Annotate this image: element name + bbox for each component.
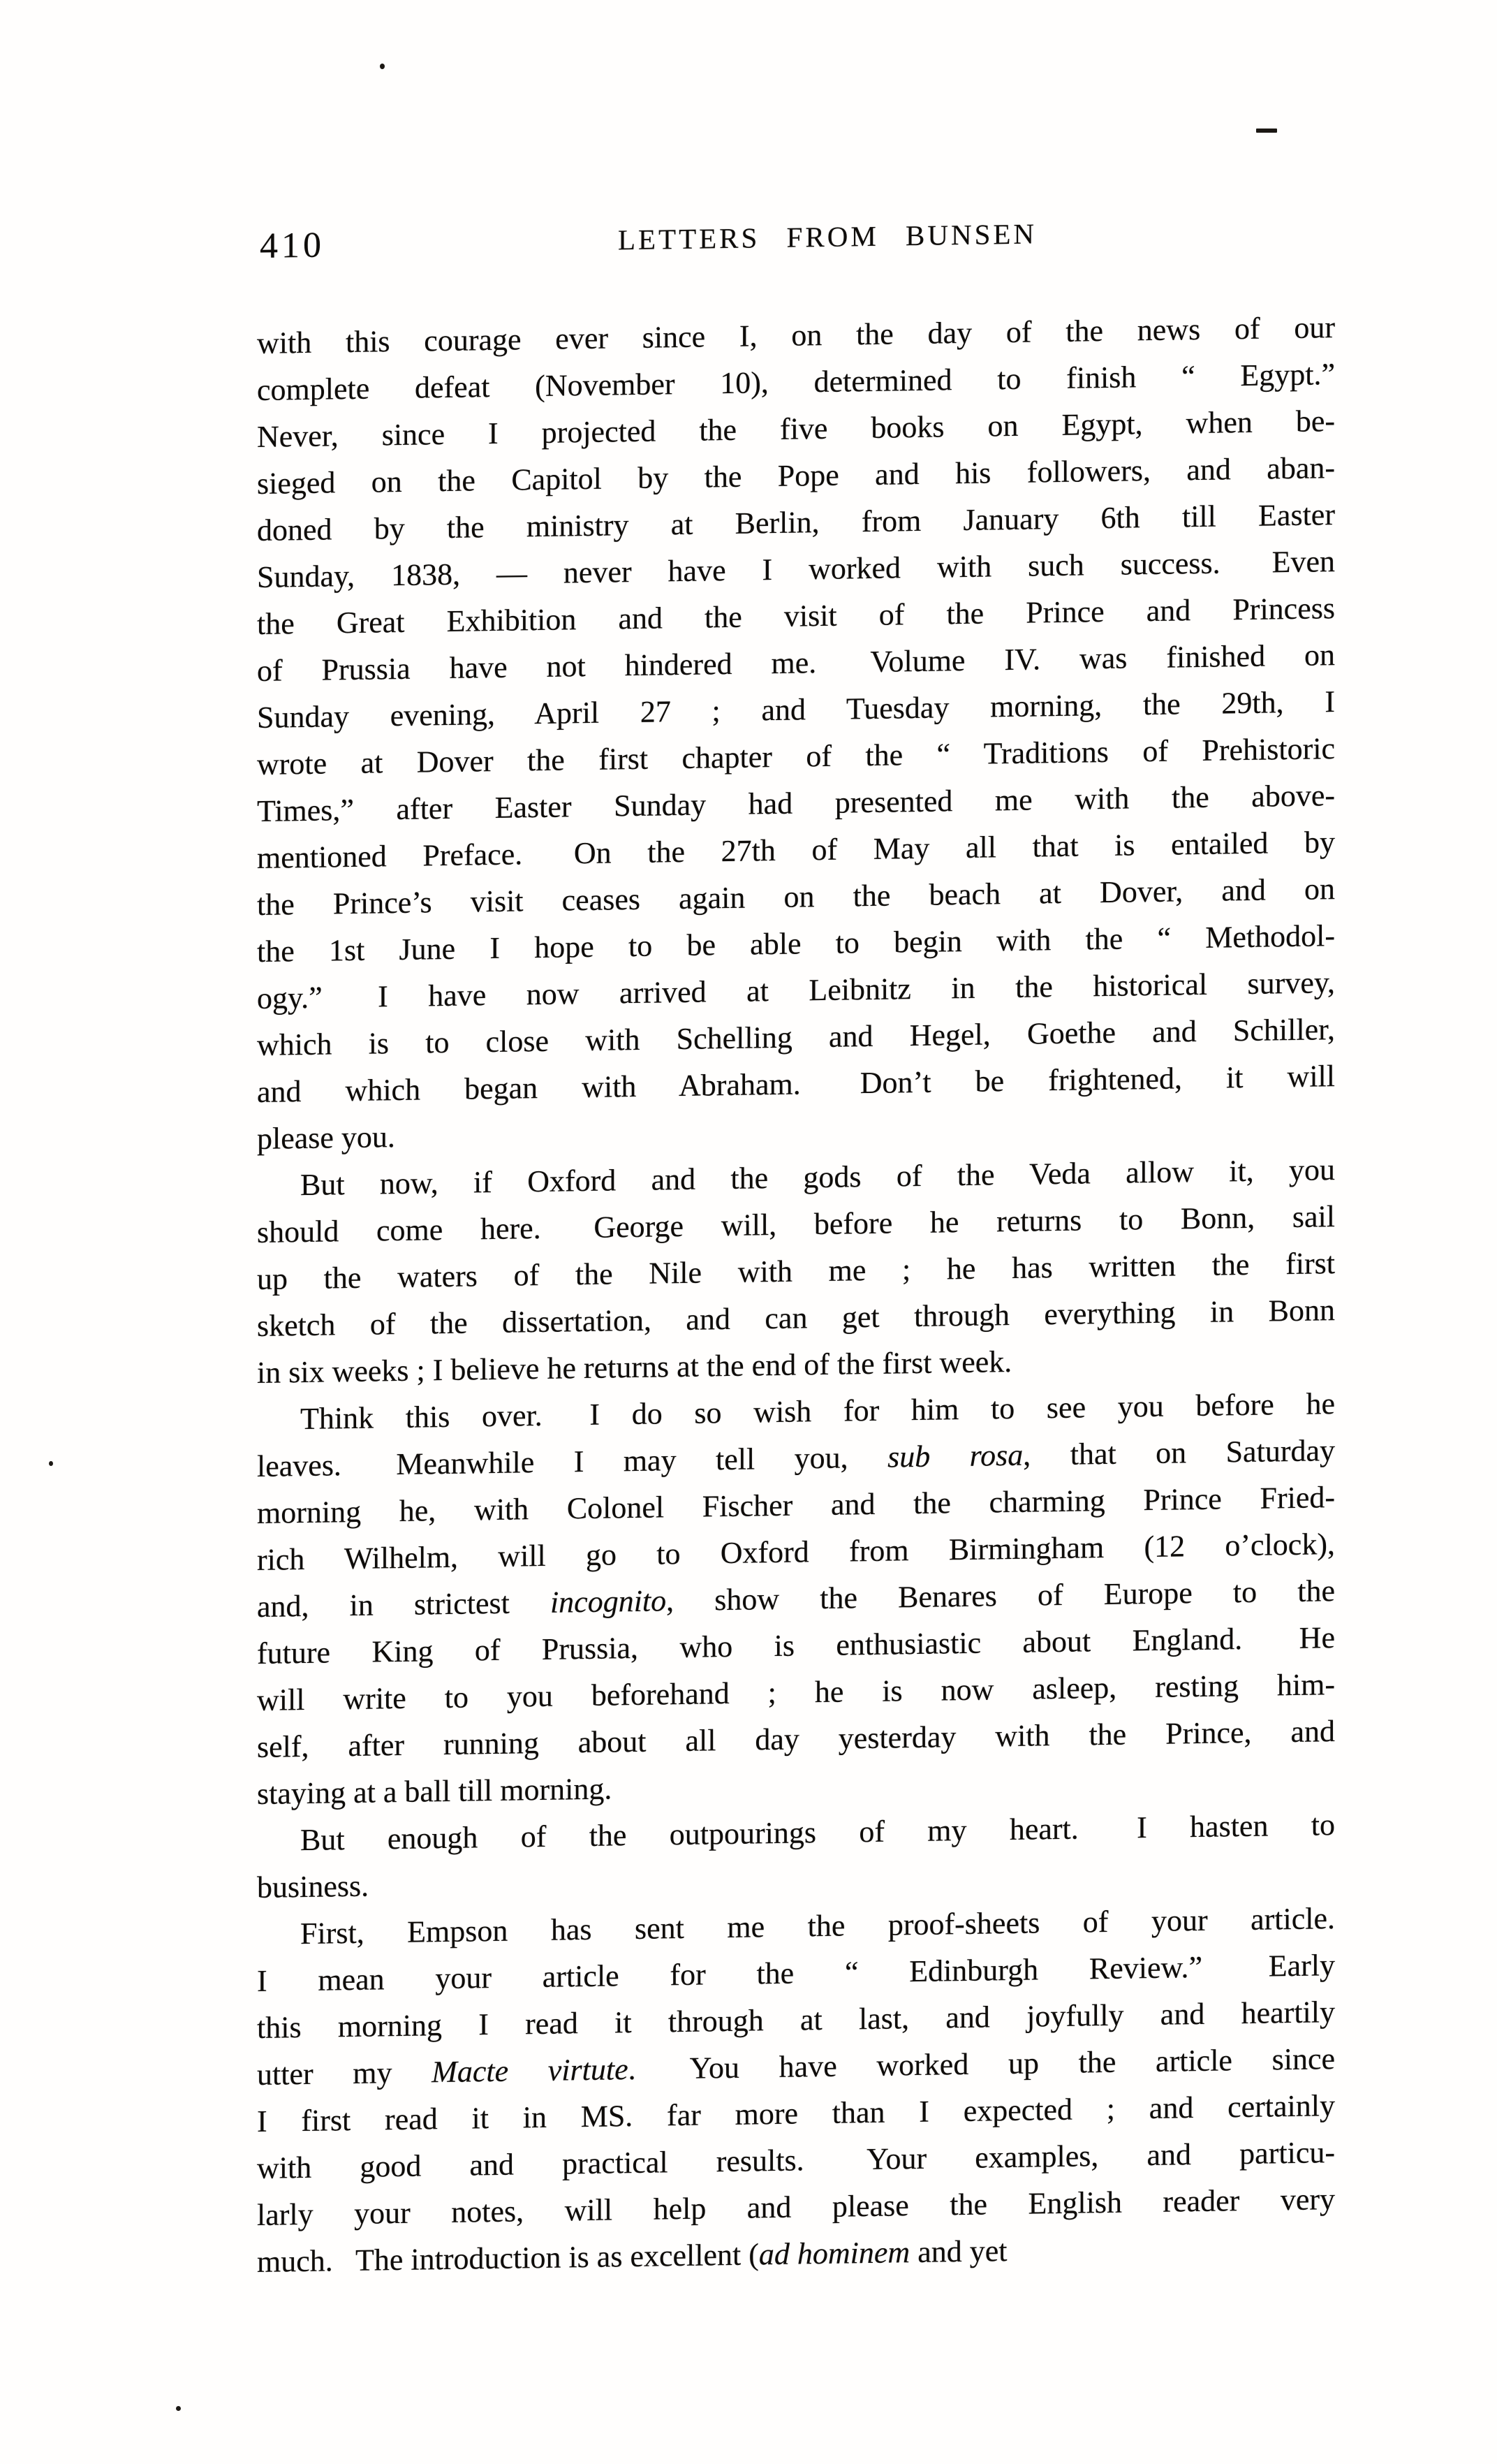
paragraph: But now, if Oxford and the gods of the V… — [257, 1146, 1335, 1396]
page-number: 410 — [260, 226, 325, 267]
paragraph: But enough of the outpourings of my hear… — [257, 1801, 1335, 1911]
paragraph: with this courage ever since I, on the d… — [257, 304, 1335, 1162]
book-page: 410 LETTERS FROM BUNSEN with this courag… — [0, 0, 1497, 2464]
page-header: 410 LETTERS FROM BUNSEN — [257, 209, 1335, 268]
scan-speck — [1256, 129, 1277, 133]
page-body: with this courage ever since I, on the d… — [257, 304, 1335, 2285]
paragraph: First, Empson has sent me the proof-shee… — [257, 1895, 1335, 2285]
paragraph: Think this over. I do so wish for him to… — [257, 1380, 1335, 1817]
scan-speck — [49, 1461, 53, 1466]
scan-speck — [176, 2406, 181, 2411]
page-content: 410 LETTERS FROM BUNSEN with this courag… — [257, 209, 1335, 2285]
running-head: LETTERS FROM BUNSEN — [257, 209, 1335, 265]
scan-speck — [380, 64, 385, 69]
